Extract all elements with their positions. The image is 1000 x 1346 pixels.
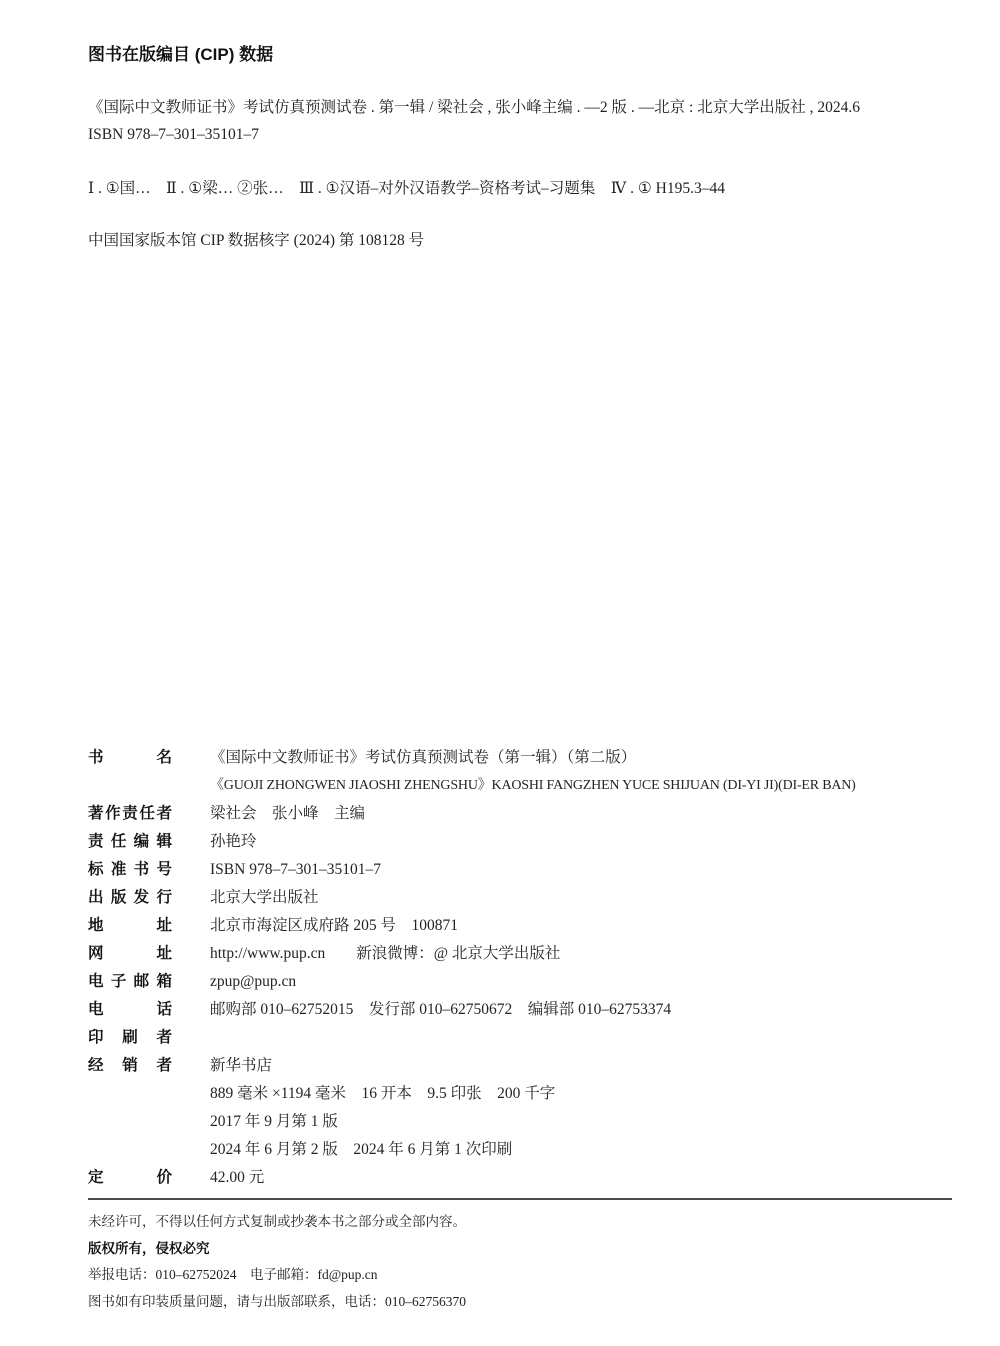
info-row: 责任编辑 孙艳玲 — [88, 828, 952, 856]
info-line: ISBN 978–7–301–35101–7 — [210, 856, 952, 884]
cip-isbn-line: ISBN 978–7–301–35101–7 — [88, 121, 952, 148]
info-row-values: 孙艳玲 — [210, 828, 952, 856]
info-line: 孙艳玲 — [210, 828, 952, 856]
info-row: 地址 北京市海淀区成府路 205 号 100871 — [88, 912, 952, 940]
info-row: 出版发行 北京大学出版社 — [88, 884, 952, 912]
copyright-page: 图书在版编目 (CIP) 数据 《国际中文教师证书》考试仿真预测试卷 . 第一辑… — [0, 0, 1000, 1346]
info-row-label: 出版发行 — [88, 884, 172, 912]
info-row-values: 梁社会 张小峰 主编 — [210, 800, 952, 828]
info-row-label: 责任编辑 — [88, 828, 172, 856]
info-line: 2024 年 6 月第 2 版 2024 年 6 月第 1 次印刷 — [210, 1136, 952, 1164]
info-row-values: 《国际中文教师证书》考试仿真预测试卷（第一辑）（第二版）《GUOJI ZHONG… — [210, 744, 952, 800]
cip-classification: Ⅰ . ①国… Ⅱ . ①梁… ②张… Ⅲ . ①汉语–对外汉语教学–资格考试–… — [88, 176, 952, 198]
footer-report-contact: 举报电话：010–62752024 电子邮箱：fd@pup.cn — [88, 1262, 952, 1289]
info-row: 电子邮箱 zpup@pup.cn — [88, 968, 952, 996]
info-row-values — [210, 1024, 952, 1052]
info-row-label: 标准书号 — [88, 856, 172, 884]
info-row-label: 著作责任者 — [88, 800, 172, 828]
info-line: 2017 年 9 月第 1 版 — [210, 1108, 952, 1136]
info-line: 邮购部 010–62752015 发行部 010–62750672 编辑部 01… — [210, 996, 952, 1024]
info-row-values: 邮购部 010–62752015 发行部 010–62750672 编辑部 01… — [210, 996, 952, 1024]
cip-title: 图书在版编目 (CIP) 数据 — [88, 40, 952, 65]
cip-description-line: 《国际中文教师证书》考试仿真预测试卷 . 第一辑 / 梁社会 , 张小峰主编 .… — [88, 94, 952, 121]
info-row: 书名 《国际中文教师证书》考试仿真预测试卷（第一辑）（第二版）《GUOJI ZH… — [88, 744, 952, 800]
info-row-label: 网址 — [88, 940, 172, 968]
footer-quality-contact: 图书如有印装质量问题，请与出版部联系，电话：010–62756370 — [88, 1289, 952, 1316]
info-row: 著作责任者 梁社会 张小峰 主编 — [88, 800, 952, 828]
info-row-label: 经销者 — [88, 1052, 172, 1080]
info-row-values: 北京市海淀区成府路 205 号 100871 — [210, 912, 952, 940]
info-row: 印刷者 — [88, 1024, 952, 1052]
info-line: 《GUOJI ZHONGWEN JIAOSHI ZHENGSHU》KAOSHI … — [210, 772, 952, 800]
info-row-values: 42.00 元 — [210, 1164, 952, 1192]
cip-description: 《国际中文教师证书》考试仿真预测试卷 . 第一辑 / 梁社会 , 张小峰主编 .… — [88, 94, 952, 148]
info-line — [210, 1024, 952, 1052]
info-row-label: 定价 — [88, 1164, 172, 1192]
book-info-section: 书名 《国际中文教师证书》考试仿真预测试卷（第一辑）（第二版）《GUOJI ZH… — [88, 744, 952, 1315]
info-row-values: http://www.pup.cn 新浪微博：@ 北京大学出版社 — [210, 940, 952, 968]
info-row-values: 北京大学出版社 — [210, 884, 952, 912]
info-row-label: 印刷者 — [88, 1024, 172, 1052]
info-row-label: 电子邮箱 — [88, 968, 172, 996]
info-line: 新华书店 — [210, 1052, 952, 1080]
info-line: 42.00 元 — [210, 1164, 952, 1192]
info-line: 梁社会 张小峰 主编 — [210, 800, 952, 828]
footer-notices: 未经许可，不得以任何方式复制或抄袭本书之部分或全部内容。 版权所有，侵权必究 举… — [88, 1209, 952, 1315]
divider-rule — [88, 1198, 952, 1200]
info-line: 北京大学出版社 — [210, 884, 952, 912]
info-row: 定价 42.00 元 — [88, 1164, 952, 1192]
info-row: 标准书号 ISBN 978–7–301–35101–7 — [88, 856, 952, 884]
info-row-values: 新华书店889 毫米 ×1194 毫米 16 开本 9.5 印张 200 千字2… — [210, 1052, 952, 1164]
info-row: 网址 http://www.pup.cn 新浪微博：@ 北京大学出版社 — [88, 940, 952, 968]
info-line: 889 毫米 ×1194 毫米 16 开本 9.5 印张 200 千字 — [210, 1080, 952, 1108]
book-info-table: 书名 《国际中文教师证书》考试仿真预测试卷（第一辑）（第二版）《GUOJI ZH… — [88, 744, 952, 1192]
footer-copyright-statement: 版权所有，侵权必究 — [88, 1236, 952, 1263]
info-line: http://www.pup.cn 新浪微博：@ 北京大学出版社 — [210, 940, 952, 968]
info-row-label: 电话 — [88, 996, 172, 1024]
info-line: zpup@pup.cn — [210, 968, 952, 996]
info-row-label: 书名 — [88, 744, 172, 772]
info-row-values: zpup@pup.cn — [210, 968, 952, 996]
info-row: 经销者 新华书店889 毫米 ×1194 毫米 16 开本 9.5 印张 200… — [88, 1052, 952, 1164]
info-row-values: ISBN 978–7–301–35101–7 — [210, 856, 952, 884]
info-line: 《国际中文教师证书》考试仿真预测试卷（第一辑）（第二版） — [210, 744, 952, 772]
footer-no-copy-notice: 未经许可，不得以任何方式复制或抄袭本书之部分或全部内容。 — [88, 1209, 952, 1236]
info-line: 北京市海淀区成府路 205 号 100871 — [210, 912, 952, 940]
info-row-label: 地址 — [88, 912, 172, 940]
cip-record-number: 中国国家版本馆 CIP 数据核字 (2024) 第 108128 号 — [88, 228, 952, 250]
info-row: 电话 邮购部 010–62752015 发行部 010–62750672 编辑部… — [88, 996, 952, 1024]
